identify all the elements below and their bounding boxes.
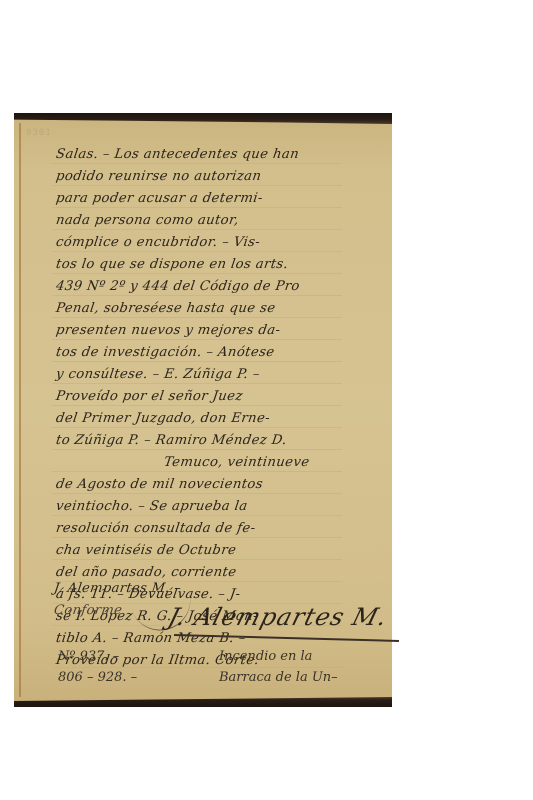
handwritten-line: Proveído por la Iltma. Corte. [55,653,357,668]
ruled-line [52,603,342,604]
handwritten-line: Penal, sobreséese hasta que se [55,301,357,316]
handwritten-line: to Zúñiga P. – Ramiro Méndez D. [55,433,357,448]
ruled-line [52,449,342,450]
handwritten-line: cómplice o encubridor. – Vis- [55,235,357,250]
ruled-line [52,689,342,690]
handwritten-line: tos lo que se dispone en los arts. [55,257,357,272]
ruled-line [52,559,342,560]
handwritten-line: presenten nuevos y mejores da- [55,323,357,338]
ruled-line [52,273,342,274]
ruled-line [52,471,342,472]
handwritten-line: Proveído por el señor Juez [55,389,357,404]
ruled-line [52,427,342,428]
handwritten-line: para poder acusar a determi- [55,191,357,206]
handwritten-line: á fs. 11. – Devuélvase. – J- [55,587,357,602]
handwritten-line: cha veintiséis de Octubre [55,543,357,558]
handwritten-line: del Primer Juzgado, don Erne- [55,411,357,426]
ruled-line [52,163,342,164]
ruled-line [52,229,342,230]
handwritten-line: nada persona como autor, [55,213,357,228]
page-stamp: 0301 [26,128,52,138]
ruled-line [52,207,342,208]
ruled-line [52,383,342,384]
handwritten-line: Salas. – Los antecedentes que han [55,147,357,162]
ruled-line [52,361,342,362]
binding-top-edge [14,113,392,124]
handwritten-line: sé I. López R. G. – José Mon- [55,609,357,624]
ruled-line [52,537,342,538]
ruled-line [52,339,342,340]
ruled-line [52,581,342,582]
handwritten-line: podido reunirse no autorizan [55,169,357,184]
handwritten-line: del año pasado, corriente [55,565,357,580]
binding-bottom-edge [14,697,392,707]
handwritten-line: 439 Nº 2º y 444 del Código de Pro [55,279,357,294]
ruled-line [52,295,342,296]
ruled-line [52,493,342,494]
handwritten-line: tos de investigación. – Anótese [55,345,357,360]
handwritten-line: Temuco, veintinueve [163,455,392,470]
ruled-line [52,405,342,406]
handwritten-line: resolución consultada de fe- [55,521,357,536]
ledger-page: 0301 Salas. – Los antecedentes que han p… [14,113,392,707]
ruled-line [52,317,342,318]
ruled-line [52,625,342,626]
handwritten-line: tiblo A. – Ramón Meza B. – [55,631,357,646]
ruled-line [52,185,342,186]
handwritten-line: y consúltese. – E. Zúñiga P. – [55,367,357,382]
ruled-line [52,251,342,252]
handwritten-line: veintiocho. – Se aprueba la [55,499,357,514]
handwritten-line: de Agosto de mil novecientos [55,477,357,492]
ruled-line [52,515,342,516]
margin-rule [19,123,21,697]
